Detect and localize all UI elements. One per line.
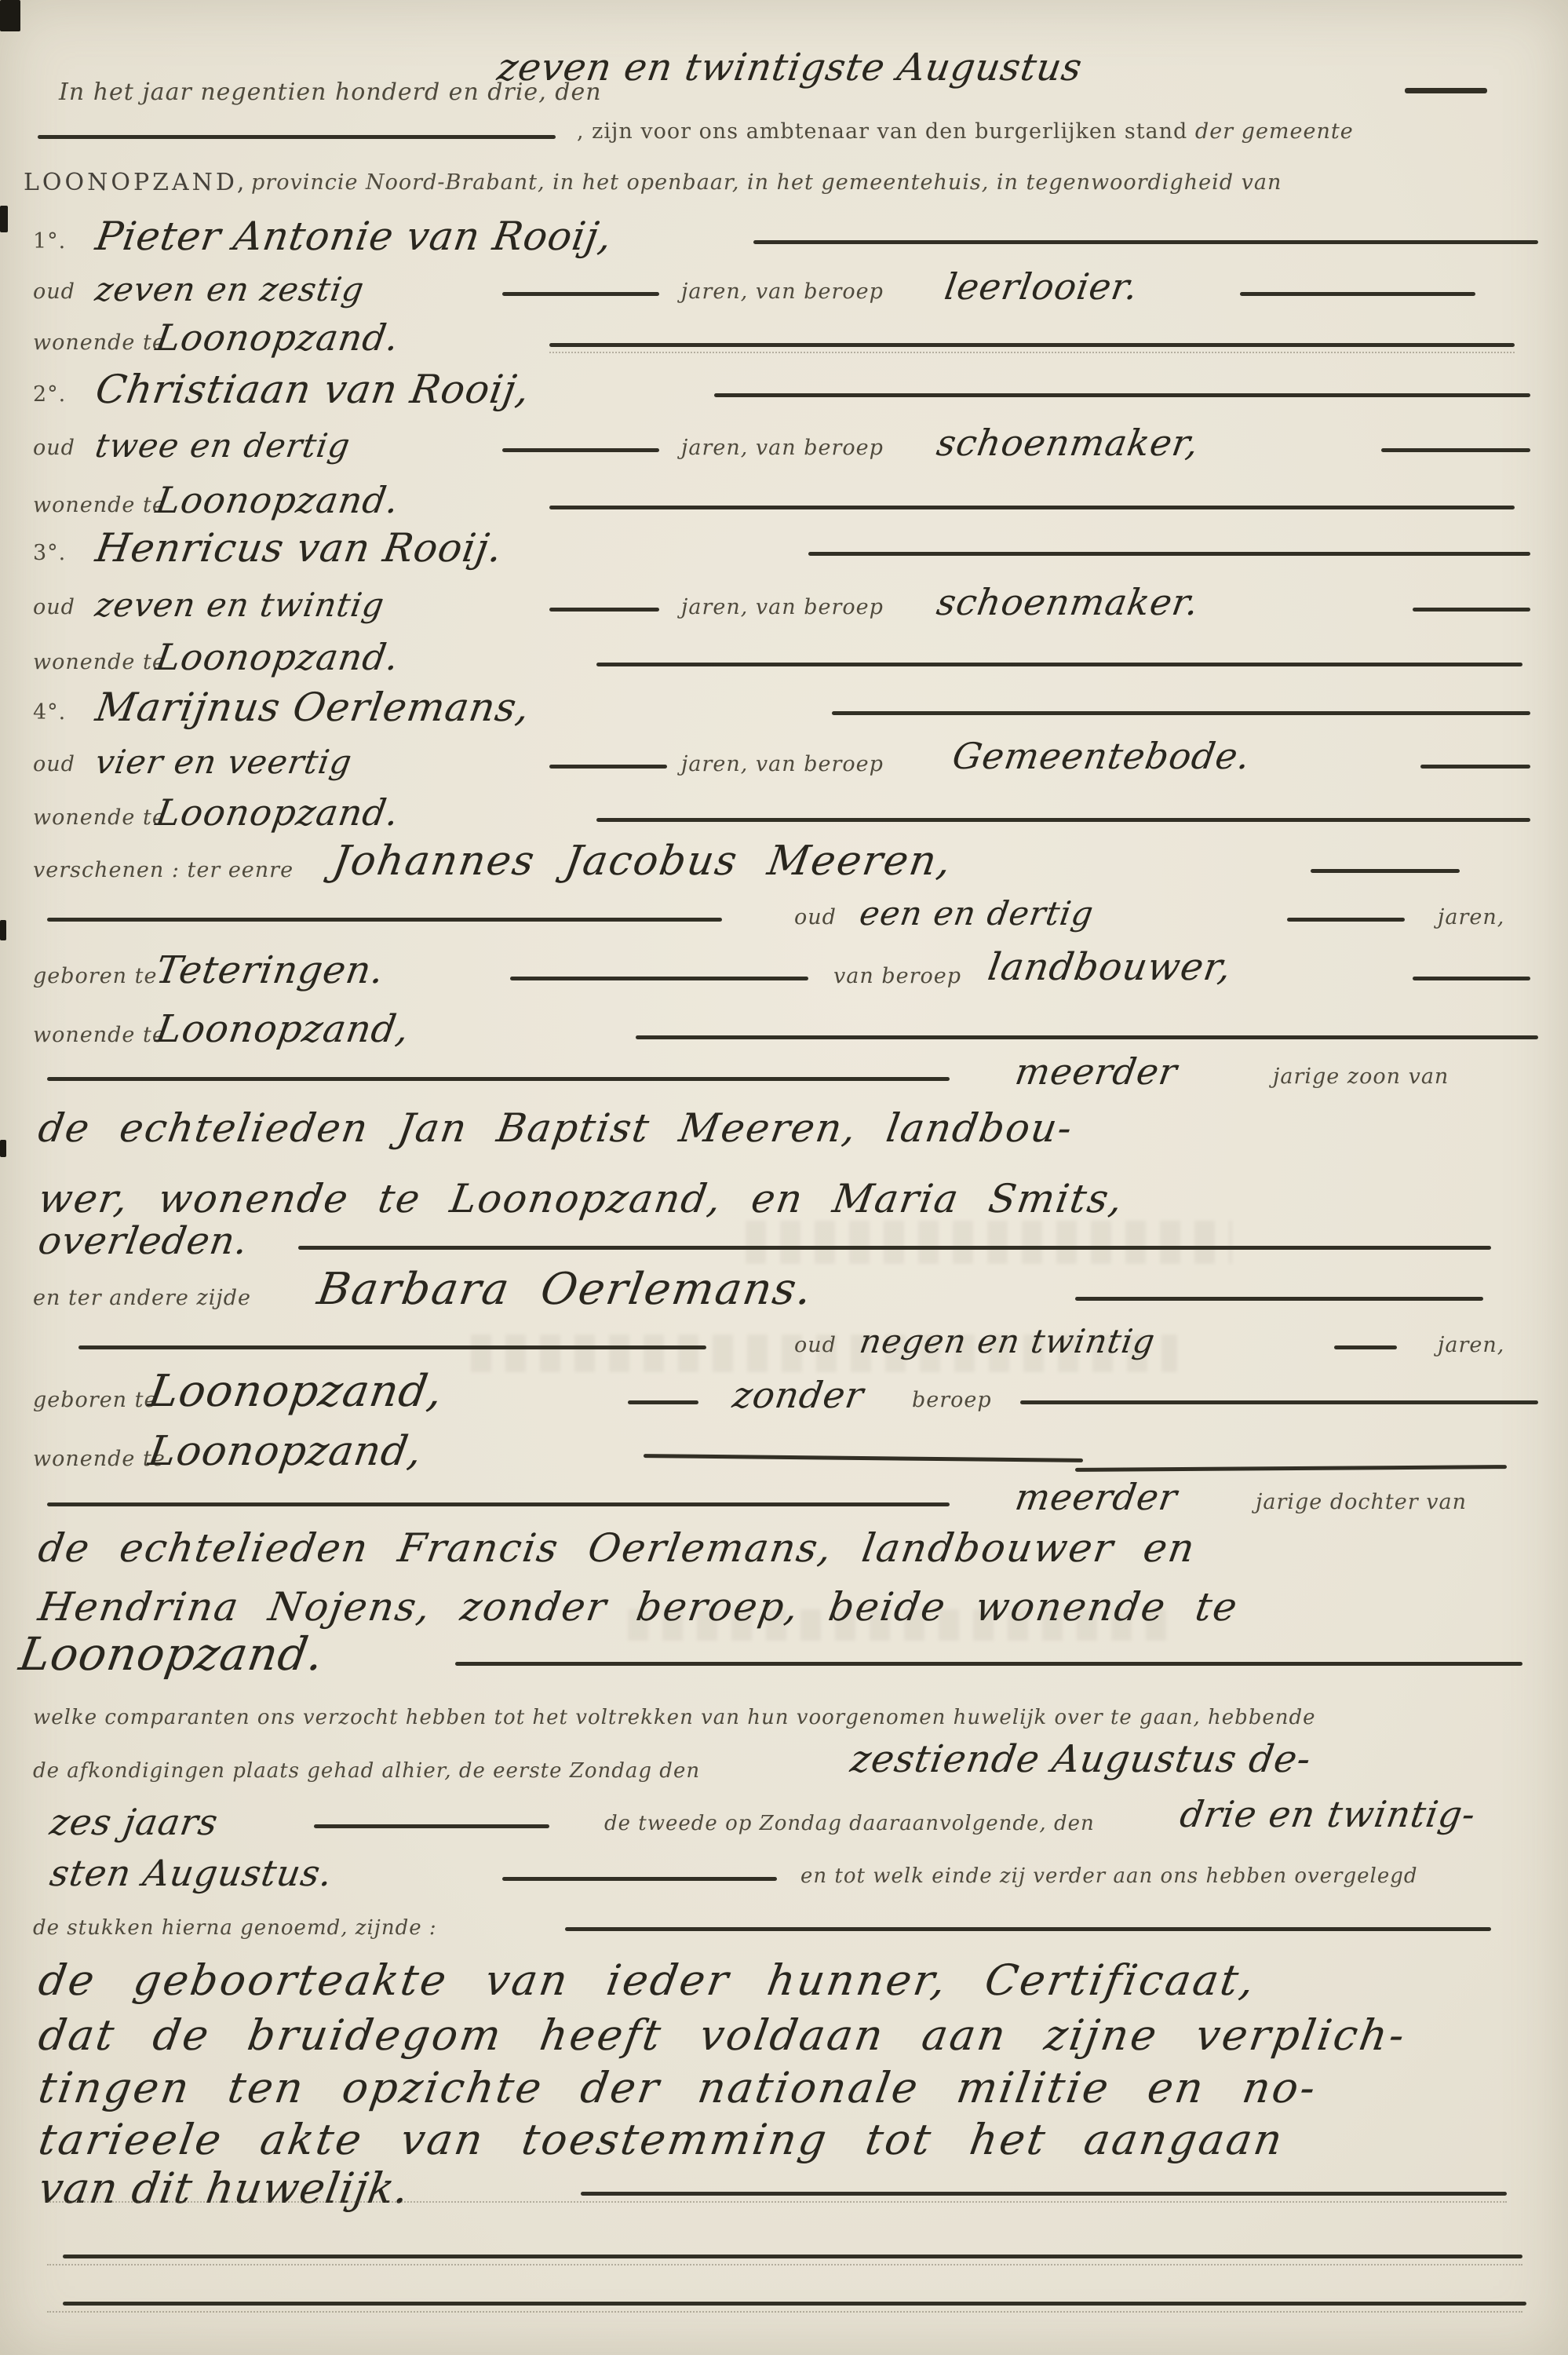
- oud-label: oud: [33, 279, 75, 304]
- bride-parents-line2: Hendrina Nojens, zonder beroep, beide wo…: [35, 1584, 1242, 1630]
- rule-line: [596, 663, 1522, 666]
- scan-edge-mark: [0, 1140, 6, 1157]
- rule-line: [1381, 448, 1530, 452]
- oud-label: oud: [33, 752, 75, 776]
- witness-2-residence: Loonopzand.: [153, 479, 403, 521]
- beroep-label: beroep: [912, 1388, 992, 1412]
- banns-printed-1: de afkondigingen plaats gehad alhier, de…: [33, 1759, 700, 1783]
- witness-1-occupation: leerlooier.: [942, 265, 1141, 308]
- rule-line: [581, 2192, 1507, 2196]
- witness-2-name: Christiaan van Rooij,: [93, 367, 533, 412]
- groom-parents-line1: de echtelieden Jan Baptist Meeren, landb…: [35, 1105, 1077, 1151]
- banns-printed-3: en tot welk einde zij verder aan ons heb…: [800, 1864, 1418, 1888]
- scan-edge-mark: [0, 206, 8, 232]
- rule-line: [298, 1246, 1491, 1250]
- wonende-te-label: wonende te: [33, 330, 166, 355]
- witness-1-number: 1°.: [33, 229, 66, 254]
- bride-zonder-handwritten: zonder: [730, 1374, 867, 1416]
- groom-name: Johannes Jacobus Meeren,: [330, 838, 956, 885]
- rule-line: [510, 977, 808, 980]
- rule-line: [502, 1877, 777, 1881]
- rule-line: [636, 1035, 1538, 1039]
- documents-line-2: dat de bruidegom heeft voldaan aan zijne…: [35, 2010, 1410, 2060]
- rule-line: [1020, 1400, 1538, 1404]
- header-province-line: provincie Noord-Brabant, in het openbaar…: [251, 170, 1282, 195]
- witness-3-number: 3°.: [33, 541, 66, 565]
- rule-line: [628, 1400, 698, 1404]
- witness-4-occupation: Gemeentebode.: [950, 735, 1253, 777]
- dotted-guide: [47, 2311, 1522, 2313]
- en-ter-andere-zijde-label: en ter andere zijde: [33, 1286, 251, 1310]
- rule-line: [78, 1345, 706, 1349]
- jarige-dochter-van-label: jarige dochter van: [1256, 1490, 1467, 1514]
- jarige-zoon-van-label: jarige zoon van: [1273, 1064, 1449, 1089]
- oud-label: oud: [33, 436, 75, 460]
- rule-line: [1287, 918, 1405, 922]
- wonende-te-label: wonende te: [33, 1023, 166, 1047]
- bride-parents-residence: Loonopzand.: [16, 1627, 328, 1681]
- banns-year-handwritten: zes jaars: [47, 1801, 221, 1843]
- witness-3-name: Henricus van Rooij.: [93, 525, 506, 571]
- rule-line: [47, 1077, 950, 1081]
- witness-3-occupation: schoenmaker.: [934, 581, 1202, 623]
- rule-line: [549, 765, 667, 769]
- documents-intro: de stukken hierna genoemd, zijnde :: [33, 1916, 437, 1940]
- wonende-te-label: wonende te: [33, 805, 166, 830]
- jaren-van-beroep-label: jaren, van beroep: [681, 436, 884, 460]
- rule-line: [808, 552, 1530, 556]
- bride-majority-handwritten: meerder: [1012, 1476, 1180, 1518]
- groom-parents-line2: wer, wonende te Loonopzand, en Maria Smi…: [35, 1176, 1127, 1221]
- rule-line: [1413, 977, 1530, 980]
- witness-3-age: zeven en twintig: [93, 586, 387, 624]
- dotted-guide: [549, 352, 1515, 353]
- ink-bleedthrough: [746, 1221, 1232, 1264]
- witness-4-number: 4°.: [33, 700, 66, 725]
- request-line: welke comparanten ons verzocht hebben to…: [33, 1706, 1316, 1729]
- rule-line: [753, 240, 1538, 244]
- verschenen-label: verschenen : ter eenre: [33, 858, 294, 882]
- header-municipality: LOONOPZAND,: [24, 169, 247, 196]
- witness-1-residence: Loonopzand.: [153, 316, 403, 359]
- bride-residence: Loonopzand,: [145, 1428, 425, 1475]
- witness-2-age: twee en dertig: [93, 426, 353, 465]
- header-officiant-roman: , zijn voor ons ambtenaar van den burger…: [577, 119, 1187, 144]
- witness-4-age: vier en veertig: [93, 743, 355, 781]
- groom-mother-deceased: overleden.: [35, 1219, 251, 1263]
- rule-line: [314, 1824, 549, 1828]
- jaren-van-beroep-label: jaren, van beroep: [681, 279, 884, 304]
- witness-4-residence: Loonopzand.: [153, 791, 403, 834]
- dotted-guide: [47, 2201, 1507, 2203]
- rule-line: [1311, 869, 1460, 873]
- rule-line: [455, 1662, 1522, 1666]
- banns-first-date-handwritten: zestiende Augustus de-: [848, 1737, 1315, 1781]
- documents-line-4: tarieele akte van toestemming tot het aa…: [35, 2115, 1288, 2164]
- documents-line-3: tingen ten opzichte der nationale militi…: [35, 2063, 1321, 2112]
- groom-residence: Loonopzand,: [153, 1007, 413, 1051]
- rule-line: [502, 448, 659, 452]
- witness-2-occupation: schoenmaker,: [934, 422, 1202, 464]
- scan-edge-mark: [0, 920, 6, 940]
- rule-line: [38, 135, 556, 139]
- rule-line: [47, 918, 722, 922]
- jaren-van-beroep-label: jaren, van beroep: [681, 595, 884, 619]
- rule-line: [47, 1502, 950, 1506]
- scan-corner-mark: [0, 0, 20, 31]
- rule-line: [714, 393, 1530, 397]
- wonende-te-label: wonende te: [33, 650, 166, 674]
- documents-line-5: van dit huwelijk.: [35, 2163, 413, 2213]
- witness-3-residence: Loonopzand.: [153, 636, 403, 678]
- header-officiant-italic: der gemeente: [1195, 119, 1354, 144]
- groom-age: een en dertig: [857, 894, 1096, 933]
- header-officiant-printed: , zijn voor ons ambtenaar van den burger…: [577, 119, 1354, 144]
- rule-line: [644, 1454, 1083, 1462]
- banns-second-month-handwritten: sten Augustus.: [47, 1852, 336, 1894]
- witness-1-age: zeven en zestig: [93, 270, 367, 309]
- wonende-te-label: wonende te: [33, 493, 166, 517]
- witness-1-name: Pieter Antonie van Rooij,: [93, 214, 615, 259]
- rule-line: [1075, 1297, 1483, 1301]
- rule-line: [565, 1927, 1491, 1931]
- geboren-te-label: geboren te: [33, 964, 158, 988]
- document-scan: In het jaar negentien honderd en drie, d…: [0, 0, 1568, 2355]
- jaren-label: jaren,: [1438, 905, 1504, 929]
- rule-line: [63, 2255, 1522, 2258]
- rule-line: [1240, 292, 1475, 296]
- rule-line: [502, 292, 659, 296]
- bride-birthplace: Loonopzand,: [145, 1366, 447, 1417]
- oud-label: oud: [33, 595, 75, 619]
- rule-line: [1405, 88, 1487, 93]
- rule-line: [549, 506, 1515, 509]
- rule-line: [549, 608, 659, 612]
- rule-line: [549, 343, 1515, 347]
- geboren-te-label: geboren te: [33, 1388, 158, 1412]
- rule-line: [1075, 1465, 1507, 1472]
- banns-second-date-handwritten: drie en twintig-: [1177, 1793, 1479, 1835]
- documents-line-1: de geboorteakte van ieder hunner, Certif…: [35, 1955, 1260, 2005]
- banns-printed-2: de tweede op Zondag daaraanvolgende, den: [604, 1812, 1095, 1835]
- rule-line: [1413, 608, 1530, 612]
- bride-name: Barbara Oerlemans.: [314, 1264, 817, 1315]
- jaren-label: jaren,: [1438, 1333, 1504, 1357]
- bride-age: negen en twintig: [857, 1322, 1158, 1360]
- oud-label: oud: [794, 905, 837, 929]
- dotted-guide: [47, 2264, 1522, 2266]
- rule-line: [596, 818, 1530, 822]
- rule-line: [63, 2302, 1526, 2306]
- header-date-handwritten: zeven en twintigste Augustus: [494, 46, 1085, 89]
- oud-label: oud: [794, 1333, 837, 1357]
- groom-birthplace: Teteringen.: [153, 948, 388, 992]
- rule-line: [832, 711, 1530, 715]
- jaren-van-beroep-label: jaren, van beroep: [681, 752, 884, 776]
- witness-4-name: Marijnus Oerlemans,: [93, 685, 534, 730]
- groom-majority-handwritten: meerder: [1012, 1050, 1180, 1093]
- witness-2-number: 2°.: [33, 382, 66, 407]
- van-beroep-label: van beroep: [833, 964, 961, 988]
- rule-line: [1420, 765, 1530, 769]
- groom-occupation: landbouwer,: [985, 945, 1234, 989]
- rule-line: [1334, 1345, 1397, 1349]
- bride-parents-line1: de echtelieden Francis Oerlemans, landbo…: [35, 1525, 1199, 1571]
